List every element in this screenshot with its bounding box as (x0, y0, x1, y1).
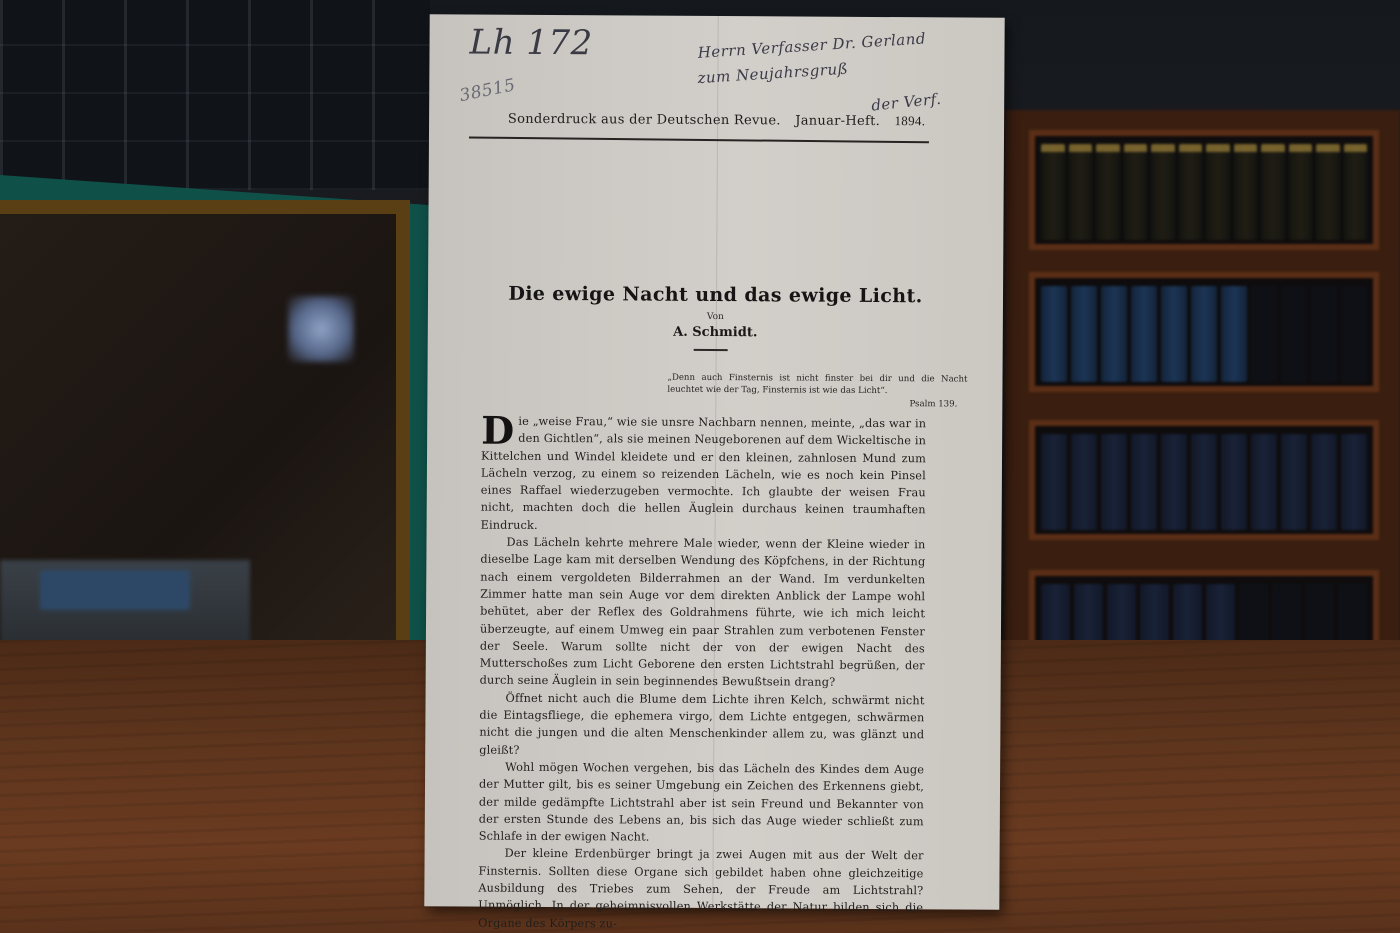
epigraph-quote: „Denn auch Finsternis ist nicht finster … (667, 372, 967, 398)
running-head-issue: Januar-Heft. (795, 113, 880, 129)
title-divider (694, 349, 728, 351)
running-head-year: 1894. (894, 113, 925, 128)
bookshelf-lower (1029, 420, 1379, 540)
window-grille (0, 0, 430, 190)
paragraph: Der kleine Erdenbürger bringt ja zwei Au… (478, 845, 924, 933)
bookshelf-top (1029, 130, 1379, 250)
paragraph: Die „weise Frau,“ wie sie unsre Nachbarn… (481, 413, 927, 537)
epigraph-source: Psalm 139. (667, 398, 957, 410)
offprint-page: Lh 172 38515 Herrn Verfasser Dr. Gerland… (424, 14, 1004, 909)
running-head-source: Sonderdruck aus der Deutschen Revue. (508, 112, 781, 129)
drop-cap: D (481, 415, 514, 447)
running-head: Sonderdruck aus der Deutschen Revue. Jan… (429, 110, 1004, 130)
paragraph: Öffnet nicht auch die Blume dem Lichte i… (479, 689, 924, 761)
handwritten-call-number: Lh 172 (469, 22, 592, 63)
handwritten-dedication-signature: der Verf. (870, 90, 942, 115)
handwritten-dedication-line-2: zum Neujahrsgruß (697, 60, 849, 88)
paragraph: Wohl mögen Wochen vergehen, bis das Läch… (479, 759, 925, 848)
frame-light-reflection (288, 296, 354, 362)
bookcase (1005, 110, 1400, 690)
article-body: Die „weise Frau,“ wie sie unsre Nachbarn… (478, 413, 926, 933)
bookshelf-middle (1029, 272, 1379, 392)
header-rule (469, 136, 929, 143)
handwritten-dedication-line-1: Herrn Verfasser Dr. Gerland (697, 29, 926, 62)
byline-prefix: Von (428, 310, 1003, 324)
article-title: Die ewige Nacht und das ewige Licht. (428, 282, 1003, 308)
paragraph: Das Lächeln kehrte mehrere Male wieder, … (480, 534, 926, 692)
article-author: A. Schmidt. (428, 323, 1003, 342)
handwritten-accession-number: 38515 (458, 75, 517, 106)
